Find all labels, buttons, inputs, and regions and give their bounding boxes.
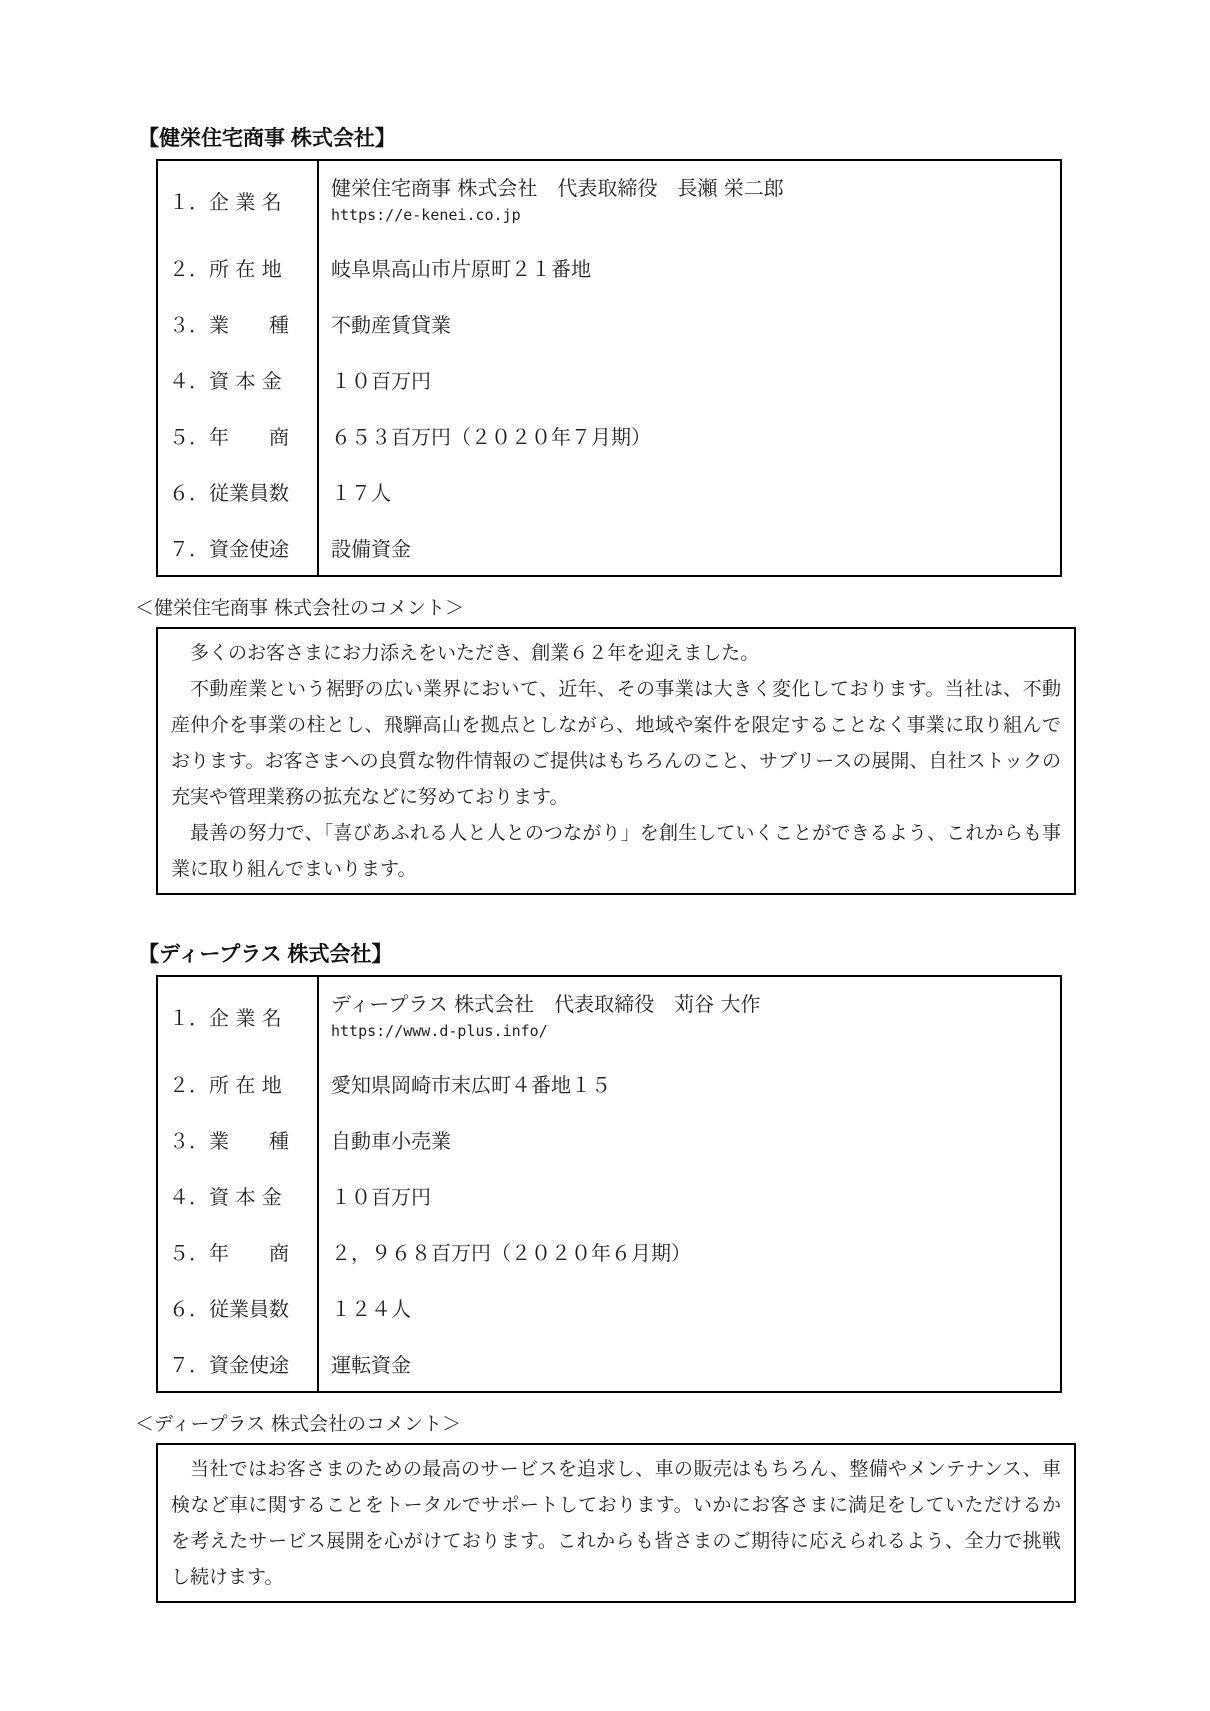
field-label-annual-sales: ５．年 商 <box>158 407 319 463</box>
comment-paragraph: 最善の努力で、「喜びあふれる人と人とのつながり」を創生していくことができるよう、… <box>171 815 1061 887</box>
comment-heading: ＜ディープラス 株式会社のコメント＞ <box>135 1411 1210 1437</box>
field-value-employees: １７人 <box>319 463 1060 519</box>
field-label-address: ２．所 在 地 <box>158 239 319 295</box>
table-row-company-name: １．企 業 名 健栄住宅商事 株式会社 代表取締役 長瀬 栄二郎 https:/… <box>158 161 1060 239</box>
table-row-use-of-funds: ７．資金使途 運転資金 <box>158 1335 1060 1391</box>
company-section-dplus: 【ディープラス 株式会社】 １．企 業 名 ディープラス 株式会社 代表取締役 … <box>0 941 1210 1603</box>
field-label-use-of-funds: ７．資金使途 <box>158 519 319 575</box>
field-label-industry: ３．業 種 <box>158 1111 319 1167</box>
table-row-industry: ３．業 種 不動産賃貸業 <box>158 295 1060 351</box>
section-spacer <box>0 895 1210 941</box>
field-label-employees: ６．従業員数 <box>158 1279 319 1335</box>
field-label-address: ２．所 在 地 <box>158 1055 319 1111</box>
table-row-address: ２．所 在 地 愛知県岡崎市末広町４番地１５ <box>158 1055 1060 1111</box>
field-label-annual-sales: ５．年 商 <box>158 1223 319 1279</box>
section-title: 【健栄住宅商事 株式会社】 <box>138 125 1210 153</box>
section-title: 【ディープラス 株式会社】 <box>138 941 1210 969</box>
comment-paragraph: 当社ではお客さまのための最高のサービスを追求し、車の販売はもちろん、整備やメンテ… <box>171 1451 1061 1595</box>
table-row-company-name: １．企 業 名 ディープラス 株式会社 代表取締役 苅谷 大作 https://… <box>158 977 1060 1055</box>
field-value-capital: １０百万円 <box>319 351 1060 407</box>
company-name-and-ceo: ディープラス 株式会社 代表取締役 苅谷 大作 <box>331 989 761 1019</box>
field-label-use-of-funds: ７．資金使途 <box>158 1335 319 1391</box>
field-value-use-of-funds: 運転資金 <box>319 1335 1060 1391</box>
field-value-industry: 不動産賃貸業 <box>319 295 1060 351</box>
company-profile-table: １．企 業 名 ディープラス 株式会社 代表取締役 苅谷 大作 https://… <box>156 975 1062 1393</box>
comment-box: 当社ではお客さまのための最高のサービスを追求し、車の販売はもちろん、整備やメンテ… <box>156 1443 1076 1603</box>
field-value-address: 岐阜県高山市片原町２１番地 <box>319 239 1060 295</box>
company-name-and-ceo: 健栄住宅商事 株式会社 代表取締役 長瀬 栄二郎 <box>331 173 784 203</box>
field-value-company-name: ディープラス 株式会社 代表取締役 苅谷 大作 https://www.d-pl… <box>319 977 1060 1055</box>
company-url: https://www.d-plus.info/ <box>331 1019 548 1043</box>
field-value-use-of-funds: 設備資金 <box>319 519 1060 575</box>
field-label-capital: ４．資 本 金 <box>158 1167 319 1223</box>
comment-paragraph: 不動産業という裾野の広い業界において、近年、その事業は大きく変化しております。当… <box>171 671 1061 815</box>
field-value-company-name: 健栄住宅商事 株式会社 代表取締役 長瀬 栄二郎 https://e-kenei… <box>319 161 1060 239</box>
table-row-annual-sales: ５．年 商 ６５３百万円（２０２０年７月期） <box>158 407 1060 463</box>
field-label-capital: ４．資 本 金 <box>158 351 319 407</box>
table-row-capital: ４．資 本 金 １０百万円 <box>158 351 1060 407</box>
table-row-employees: ６．従業員数 １７人 <box>158 463 1060 519</box>
table-row-use-of-funds: ７．資金使途 設備資金 <box>158 519 1060 575</box>
field-value-address: 愛知県岡崎市末広町４番地１５ <box>319 1055 1060 1111</box>
table-row-capital: ４．資 本 金 １０百万円 <box>158 1167 1060 1223</box>
company-profile-table: １．企 業 名 健栄住宅商事 株式会社 代表取締役 長瀬 栄二郎 https:/… <box>156 159 1062 577</box>
comment-paragraph: 多くのお客さまにお力添えをいただき、創業６２年を迎えました。 <box>171 635 1061 671</box>
field-label-company-name: １．企 業 名 <box>158 161 319 239</box>
field-value-industry: 自動車小売業 <box>319 1111 1060 1167</box>
company-section-kenei: 【健栄住宅商事 株式会社】 １．企 業 名 健栄住宅商事 株式会社 代表取締役 … <box>0 125 1210 895</box>
comment-heading: ＜健栄住宅商事 株式会社のコメント＞ <box>135 595 1210 621</box>
table-row-address: ２．所 在 地 岐阜県高山市片原町２１番地 <box>158 239 1060 295</box>
table-row-annual-sales: ５．年 商 ２，９６８百万円（２０２０年６月期） <box>158 1223 1060 1279</box>
field-label-industry: ３．業 種 <box>158 295 319 351</box>
comment-box: 多くのお客さまにお力添えをいただき、創業６２年を迎えました。 不動産業という裾野… <box>156 627 1076 895</box>
field-value-annual-sales: ６５３百万円（２０２０年７月期） <box>319 407 1060 463</box>
field-value-capital: １０百万円 <box>319 1167 1060 1223</box>
field-value-employees: １２４人 <box>319 1279 1060 1335</box>
field-label-employees: ６．従業員数 <box>158 463 319 519</box>
field-label-company-name: １．企 業 名 <box>158 977 319 1055</box>
table-row-employees: ６．従業員数 １２４人 <box>158 1279 1060 1335</box>
field-value-annual-sales: ２，９６８百万円（２０２０年６月期） <box>319 1223 1060 1279</box>
document-page: 【健栄住宅商事 株式会社】 １．企 業 名 健栄住宅商事 株式会社 代表取締役 … <box>0 0 1210 1711</box>
table-row-industry: ３．業 種 自動車小売業 <box>158 1111 1060 1167</box>
company-url: https://e-kenei.co.jp <box>331 203 521 227</box>
